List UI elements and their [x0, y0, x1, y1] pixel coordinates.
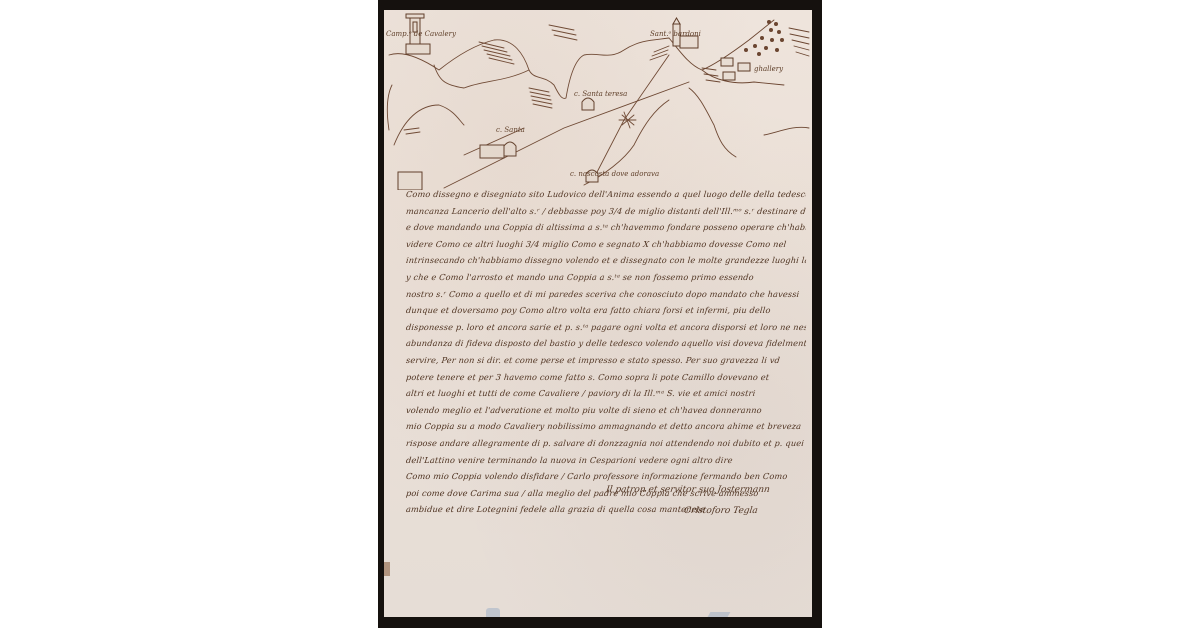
letter-line: e dove mandando una Coppia di altissima … [405, 219, 807, 236]
letter-line: mancanza Lancerio dell'alto s.ʳ / debbas… [405, 203, 807, 220]
map-label-tower-right: Sant.ᵒ bardoni [650, 30, 701, 38]
letter-line: volendo meglio et l'adveratione et molto… [405, 402, 807, 419]
letter-line: abundanza di fideva disposto del bastio … [405, 335, 807, 352]
document-frame: Camp.ᵒ de Cavalery Sant.ᵒ bardoni ghalle… [378, 0, 822, 628]
manuscript-page: Camp.ᵒ de Cavalery Sant.ᵒ bardoni ghalle… [384, 10, 812, 617]
map-label-chapel-middle: c. Santa teresa [574, 90, 627, 98]
paper-damage [486, 608, 500, 617]
letter-line: altri et luoghi et tutti de come Cavalie… [405, 385, 807, 402]
signature-line-1: Il patron et servitor suo Jostermann [605, 485, 770, 495]
letter-line: dell'Lattino venire terminando la nuova … [405, 452, 807, 469]
map-label-chapel-bottom: c. nascosta dove adorava [570, 170, 659, 178]
signature-line-2: Cristoforo Tegla [683, 506, 758, 516]
map-label-village: ghallery [754, 65, 783, 73]
letter-line: servire, Per non si dir. et come perse e… [405, 352, 807, 369]
letter-line: Como dissegno e disegniato sito Ludovico… [405, 186, 807, 203]
letter-line: potere tenere et per 3 havemo come fatto… [405, 369, 807, 386]
map-label-tower-left: Camp.ᵒ de Cavalery [386, 30, 456, 38]
letter-line: y che e Como l'arrosto et mando una Copp… [405, 269, 807, 286]
letter-body: Como dissegno e disegniato sito Ludovico… [406, 186, 806, 518]
letter-line: disponesse p. loro et ancora sarie et p.… [405, 319, 807, 336]
letter-line: mio Coppia su a modo Cavaliery nobilissi… [405, 418, 807, 435]
letter-line: Como mio Coppia volendo disfidare / Carl… [405, 468, 807, 485]
letter-line: nostro s.ʳ Como a quello et di mi parede… [405, 286, 807, 303]
letter-line: rispose andare allegramente di p. salvar… [405, 435, 807, 452]
paper-damage [708, 612, 731, 617]
letter-line: videre Como ce altri luoghi 3/4 miglio C… [405, 236, 807, 253]
paper-damage [384, 562, 390, 576]
letter-line: dunque et doversamo poy Como altro volta… [405, 302, 807, 319]
letter-line: intrinsecando ch'habbiamo dissegno volen… [405, 252, 807, 269]
sketch-map: Camp.ᵒ de Cavalery Sant.ᵒ bardoni ghalle… [384, 10, 812, 190]
map-label-chapel-left: c. Santa [496, 126, 525, 134]
